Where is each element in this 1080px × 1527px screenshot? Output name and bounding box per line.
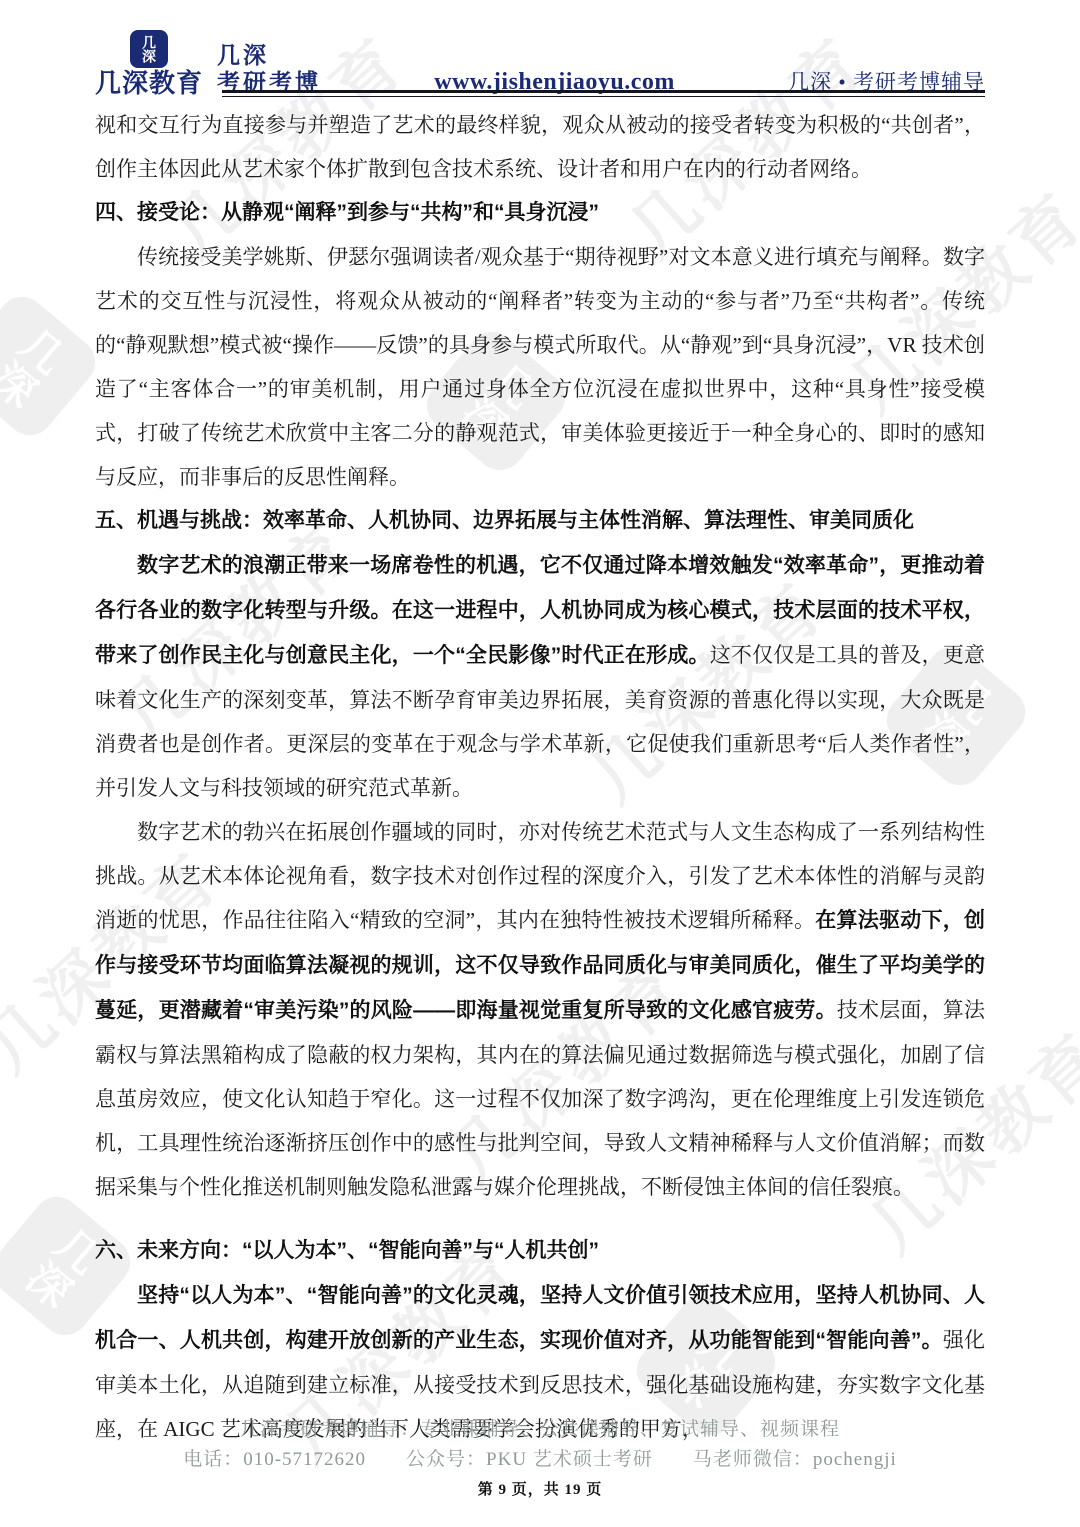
footer-contact: 电话：010-57172620 公众号：PKU 艺术硕士考研 马老师微信：poc…: [0, 1445, 1080, 1475]
body-paragraph: 传统接受美学姚斯、伊瑟尔强调读者/观众基于“期待视野”对文本意义进行填充与阐释。…: [95, 235, 985, 499]
footer-services: 几深考研考博辅导：专业课辅导、公共课辅导、复试辅导、视频课程: [0, 1415, 1080, 1445]
text-run: 六、未来方向：“以人为本”、“智能向善”与“人机共创”: [95, 1239, 599, 1262]
text-run: 视和交互行为直接参与并塑造了艺术的最终样貌，观众从被动的接受者转变为积极的“共创…: [95, 113, 985, 181]
text-run: 五、机遇与挑战：效率革命、人机协同、边界拓展与主体性消解、算法理性、审美同质化: [95, 509, 914, 532]
section-heading: 四、接受论：从静观“阐释”到参与“共构”和“具身沉浸”: [95, 191, 985, 235]
page-footer: 几深考研考博辅导：专业课辅导、公共课辅导、复试辅导、视频课程 电话：010-57…: [0, 1415, 1080, 1499]
header-divider: [222, 90, 985, 97]
logo-icon-text: 几深: [142, 35, 156, 63]
page-header: 几深 几深教育 几深 考研考博 www.jishenjiaoyu.com 几深 …: [95, 30, 985, 96]
body-paragraph: 视和交互行为直接参与并塑造了艺术的最终样貌，观众从被动的接受者转变为积极的“共创…: [95, 103, 985, 191]
section-heading: 五、机遇与挑战：效率革命、人机协同、边界拓展与主体性消解、算法理性、审美同质化: [95, 499, 985, 543]
jishen-logo: 几深 几深教育: [95, 30, 203, 96]
jishen-logo-icon: 几深: [130, 30, 168, 68]
section-heading: 六、未来方向：“以人为本”、“智能向善”与“人机共创”: [95, 1229, 985, 1273]
page-number: 第 9 页，共 19 页: [0, 1478, 1080, 1499]
brand-line1: 几深: [217, 43, 269, 69]
document-body: 视和交互行为直接参与并塑造了艺术的最终样貌，观众从被动的接受者转变为积极的“共创…: [95, 103, 985, 1451]
text-run: 坚持“以人为本”、“智能向善”的文化灵魂，坚持人文价值引领技术应用，坚持人机协同…: [95, 1284, 985, 1352]
document-page: 几深教育几深教育几深几深几深教育几深教育几深教育几深几深教育几深教育几深教育几深…: [0, 0, 1080, 1527]
logo-name: 几深教育: [95, 70, 203, 96]
body-paragraph: 数字艺术的勃兴在拓展创作疆域的同时，亦对传统艺术范式与人文生态构成了一系列结构性…: [95, 810, 985, 1209]
text-run: 技术层面，算法霸权与算法黑箱构成了隐蔽的权力架构，其内在的算法偏见通过数据筛选与…: [95, 998, 985, 1199]
body-paragraph: 数字艺术的浪潮正带来一场席卷性的机遇，它不仅通过降本增效触发“效率革命”，更推动…: [95, 543, 985, 810]
watermark-logo: 几深: [0, 287, 105, 445]
brand-text: 几深 考研考博: [217, 43, 321, 96]
text-run: 四、接受论：从静观“阐释”到参与“共构”和“具身沉浸”: [95, 201, 599, 224]
text-run: 传统接受美学姚斯、伊瑟尔强调读者/观众基于“期待视野”对文本意义进行填充与阐释。…: [95, 245, 985, 489]
